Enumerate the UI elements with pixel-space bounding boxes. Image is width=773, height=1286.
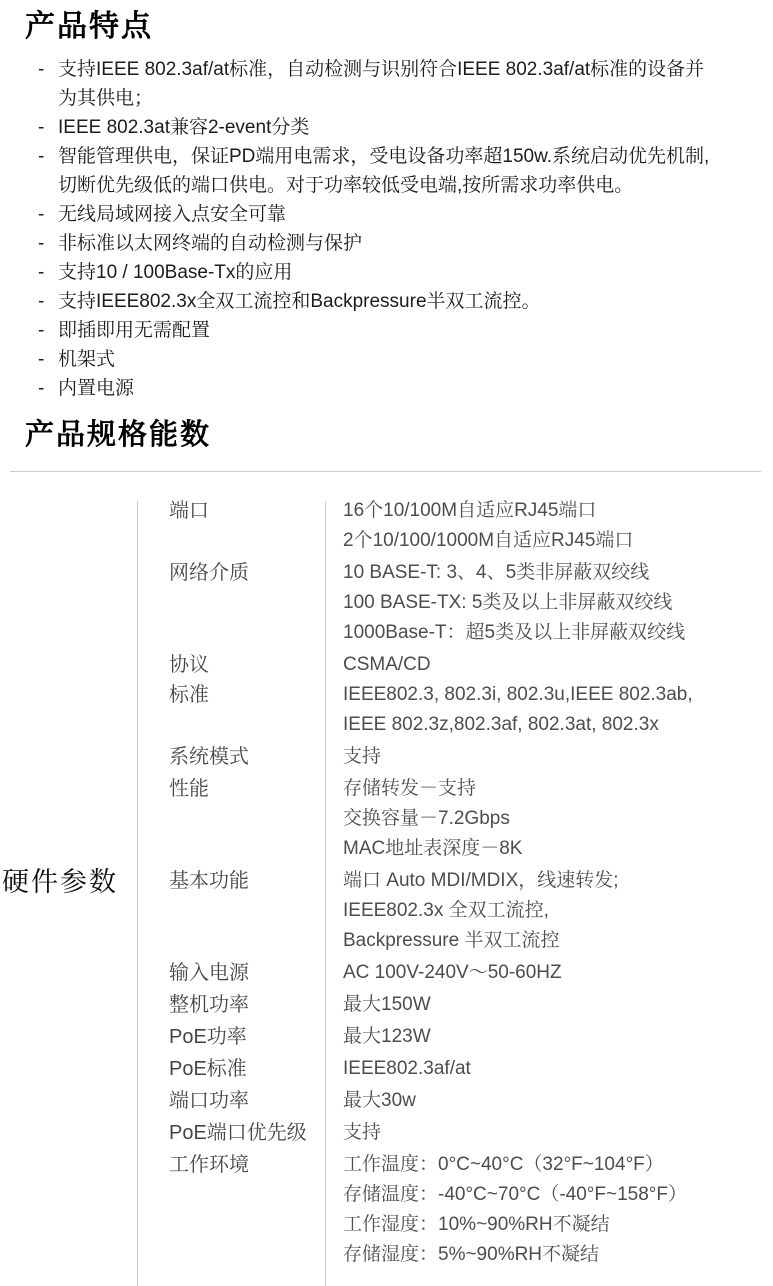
spec-value: AC 100V-240V～50-60HZ: [325, 958, 562, 988]
spec-table-rows: 端口16个10/100M自适应RJ45端口2个10/100/1000M自适应RJ…: [137, 496, 773, 1270]
spec-value-line: 存储温度：-40°C~70°C（-40°F~158°F）: [343, 1180, 687, 1210]
spec-value-line: 10 BASE-T: 3、4、5类非屏蔽双绞线: [343, 558, 685, 588]
feature-line: -支持IEEE802.3x全双工流控和Backpressure半双工流控。: [0, 287, 773, 316]
feature-line: -即插即用无需配置: [0, 316, 773, 345]
spec-value: 10 BASE-T: 3、4、5类非屏蔽双绞线100 BASE-TX: 5类及以…: [325, 558, 685, 648]
table-vertical-line-left: [137, 501, 138, 1286]
feature-text: 切断优先级低的端口供电。对于功率较低受电端,按所需求功率供电。: [58, 171, 633, 200]
spec-value-line: 最大30w: [343, 1086, 416, 1116]
feature-item: -内置电源: [0, 374, 773, 403]
spec-value-line: MAC地址表深度－8K: [343, 834, 522, 864]
spec-row: 基本功能端口 Auto MDI/MDIX，线速转发;IEEE802.3x 全双工…: [137, 866, 773, 956]
spec-label: PoE端口优先级: [137, 1118, 325, 1148]
spec-label: 基本功能: [137, 866, 325, 956]
bullet-dash: -: [38, 287, 58, 316]
spec-label-line: 性能: [169, 774, 325, 804]
spec-label: 性能: [137, 774, 325, 864]
spec-label-line: 整机功率: [169, 990, 325, 1020]
spec-label-line: PoE功率: [169, 1022, 325, 1052]
table-vertical-line-middle: [325, 501, 326, 1286]
spec-value-line: 交换容量－7.2Gbps: [343, 804, 522, 834]
spec-label-line: 端口: [169, 496, 325, 526]
feature-text: 无线局域网接入点安全可靠: [58, 200, 286, 229]
feature-line: -支持IEEE 802.3af/at标准，自动检测与识别符合IEEE 802.3…: [0, 55, 773, 84]
feature-item: -即插即用无需配置: [0, 316, 773, 345]
spec-row: 端口功率最大30w: [137, 1086, 773, 1116]
feature-item: -智能管理供电，保证PD端用电需求，受电设备功率超150w.系统启动优先机制,切…: [0, 142, 773, 200]
spec-value-line: IEEE 802.3z,802.3af, 802.3at, 802.3x: [343, 710, 693, 740]
spec-value: 支持: [325, 742, 381, 772]
feature-item: -非标准以太网终端的自动检测与保护: [0, 229, 773, 258]
spec-label-line: PoE标准: [169, 1054, 325, 1084]
bullet-dash: -: [38, 200, 58, 229]
spec-value: 存储转发－支持交换容量－7.2GbpsMAC地址表深度－8K: [325, 774, 522, 864]
spec-value-line: 存储转发－支持: [343, 774, 522, 804]
spec-label: 系统模式: [137, 742, 325, 772]
spec-value-line: 支持: [343, 1118, 381, 1148]
feature-line: -IEEE 802.3at兼容2-event分类: [0, 113, 773, 142]
spec-value: 最大150W: [325, 990, 431, 1020]
feature-text: 支持IEEE 802.3af/at标准，自动检测与识别符合IEEE 802.3a…: [58, 55, 704, 84]
feature-item: -IEEE 802.3at兼容2-event分类: [0, 113, 773, 142]
spec-value-line: 存储湿度：5%~90%RH不凝结: [343, 1240, 687, 1270]
feature-text: 即插即用无需配置: [58, 316, 210, 345]
spec-value-line: 1000Base-T：超5类及以上非屏蔽双绞线: [343, 618, 685, 648]
spec-label: PoE标准: [137, 1054, 325, 1084]
feature-line: -非标准以太网终端的自动检测与保护: [0, 229, 773, 258]
bullet-dash: -: [38, 142, 58, 171]
divider: [10, 471, 761, 472]
spec-label: 工作环境: [137, 1150, 325, 1270]
spec-label: 端口功率: [137, 1086, 325, 1116]
feature-item: -机架式: [0, 345, 773, 374]
bullet-dash: -: [38, 316, 58, 345]
spec-value-line: IEEE802.3x 全双工流控,: [343, 896, 619, 926]
spec-value: 支持: [325, 1118, 381, 1148]
feature-line: -智能管理供电，保证PD端用电需求，受电设备功率超150w.系统启动优先机制,: [0, 142, 773, 171]
spec-value-line: IEEE802.3, 802.3i, 802.3u,IEEE 802.3ab,: [343, 680, 693, 710]
bullet-dash: -: [38, 374, 58, 403]
specs-section-title: 产品规格能数: [25, 417, 773, 453]
spec-label: 输入电源: [137, 958, 325, 988]
feature-line: -无线局域网接入点安全可靠: [0, 200, 773, 229]
spec-label-line: 系统模式: [169, 742, 325, 772]
hardware-params-side-label: 硬件参数: [2, 860, 118, 899]
spec-value-line: 端口 Auto MDI/MDIX，线速转发;: [343, 866, 619, 896]
spec-row: 输入电源AC 100V-240V～50-60HZ: [137, 958, 773, 988]
spec-label: 整机功率: [137, 990, 325, 1020]
spec-value-line: Backpressure 半双工流控: [343, 926, 619, 956]
spec-value: CSMA/CDIEEE802.3, 802.3i, 802.3u,IEEE 80…: [325, 650, 693, 740]
spec-value: 16个10/100M自适应RJ45端口2个10/100/1000M自适应RJ45…: [325, 496, 633, 556]
features-list: -支持IEEE 802.3af/at标准，自动检测与识别符合IEEE 802.3…: [0, 55, 773, 403]
feature-line: -内置电源: [0, 374, 773, 403]
spec-value: 最大123W: [325, 1022, 431, 1052]
feature-item: -支持10 / 100Base-Tx的应用: [0, 258, 773, 287]
spec-label-line: 基本功能: [169, 866, 325, 896]
spec-label-line: 端口功率: [169, 1086, 325, 1116]
spec-value-line: 16个10/100M自适应RJ45端口: [343, 496, 633, 526]
feature-item: -支持IEEE802.3x全双工流控和Backpressure半双工流控。: [0, 287, 773, 316]
spec-row: 系统模式支持: [137, 742, 773, 772]
feature-text: 为其供电；: [58, 84, 153, 113]
product-spec-page: 产品特点 -支持IEEE 802.3af/at标准，自动检测与识别符合IEEE …: [0, 8, 773, 1286]
feature-item: -无线局域网接入点安全可靠: [0, 200, 773, 229]
bullet-dash: -: [38, 345, 58, 374]
spec-label-line: 标准: [169, 680, 325, 710]
spec-value: IEEE802.3af/at: [325, 1054, 471, 1084]
spec-value: 工作温度：0°C~40°C（32°F~104°F）存储温度：-40°C~70°C…: [325, 1150, 687, 1270]
spec-label-line: PoE端口优先级: [169, 1118, 325, 1148]
spec-value-line: IEEE802.3af/at: [343, 1054, 471, 1084]
feature-text: 非标准以太网终端的自动检测与保护: [58, 229, 362, 258]
spec-label: PoE功率: [137, 1022, 325, 1052]
spec-value-line: 工作湿度：10%~90%RH不凝结: [343, 1210, 687, 1240]
spec-label: 网络介质: [137, 558, 325, 648]
bullet-dash: -: [38, 229, 58, 258]
spec-value-line: 工作温度：0°C~40°C（32°F~104°F）: [343, 1150, 687, 1180]
features-section-title: 产品特点: [25, 8, 773, 46]
spec-label: 端口: [137, 496, 325, 556]
feature-line: 为其供电；: [0, 84, 773, 113]
spec-value-line: 2个10/100/1000M自适应RJ45端口: [343, 526, 633, 556]
spec-row: 性能存储转发－支持交换容量－7.2GbpsMAC地址表深度－8K: [137, 774, 773, 864]
spec-label-line: 工作环境: [169, 1150, 325, 1180]
feature-text: IEEE 802.3at兼容2-event分类: [58, 113, 309, 142]
spec-value-line: AC 100V-240V～50-60HZ: [343, 958, 562, 988]
spec-table: 端口16个10/100M自适应RJ45端口2个10/100/1000M自适应RJ…: [137, 496, 773, 1286]
spec-row: 整机功率最大150W: [137, 990, 773, 1020]
feature-line: -支持10 / 100Base-Tx的应用: [0, 258, 773, 287]
feature-text: 支持10 / 100Base-Tx的应用: [58, 258, 292, 287]
spec-row: 工作环境工作温度：0°C~40°C（32°F~104°F）存储温度：-40°C~…: [137, 1150, 773, 1270]
feature-text: 内置电源: [58, 374, 134, 403]
spec-label: 协议标准: [137, 650, 325, 740]
spec-row: 协议标准CSMA/CDIEEE802.3, 802.3i, 802.3u,IEE…: [137, 650, 773, 740]
spec-value: 最大30w: [325, 1086, 416, 1116]
spec-value-line: 最大123W: [343, 1022, 431, 1052]
bullet-dash: -: [38, 113, 58, 142]
spec-value-line: CSMA/CD: [343, 650, 693, 680]
spec-row: PoE标准IEEE802.3af/at: [137, 1054, 773, 1084]
feature-item: -支持IEEE 802.3af/at标准，自动检测与识别符合IEEE 802.3…: [0, 55, 773, 113]
bullet-dash: -: [38, 258, 58, 287]
spec-label-line: 协议: [169, 650, 325, 680]
spec-value: 端口 Auto MDI/MDIX，线速转发;IEEE802.3x 全双工流控,B…: [325, 866, 619, 956]
spec-row: PoE端口优先级支持: [137, 1118, 773, 1148]
spec-label-line: 网络介质: [169, 558, 325, 588]
spec-label-line: 输入电源: [169, 958, 325, 988]
feature-line: -机架式: [0, 345, 773, 374]
spec-row: 端口16个10/100M自适应RJ45端口2个10/100/1000M自适应RJ…: [137, 496, 773, 556]
spec-row: 网络介质10 BASE-T: 3、4、5类非屏蔽双绞线100 BASE-TX: …: [137, 558, 773, 648]
spec-row: PoE功率最大123W: [137, 1022, 773, 1052]
bullet-dash: -: [38, 55, 58, 84]
spec-value-line: 最大150W: [343, 990, 431, 1020]
spec-value-line: 100 BASE-TX: 5类及以上非屏蔽双绞线: [343, 588, 685, 618]
spec-value-line: 支持: [343, 742, 381, 772]
feature-text: 智能管理供电，保证PD端用电需求，受电设备功率超150w.系统启动优先机制,: [58, 142, 709, 171]
feature-line: 切断优先级低的端口供电。对于功率较低受电端,按所需求功率供电。: [0, 171, 773, 200]
feature-text: 机架式: [58, 345, 115, 374]
feature-text: 支持IEEE802.3x全双工流控和Backpressure半双工流控。: [58, 287, 541, 316]
